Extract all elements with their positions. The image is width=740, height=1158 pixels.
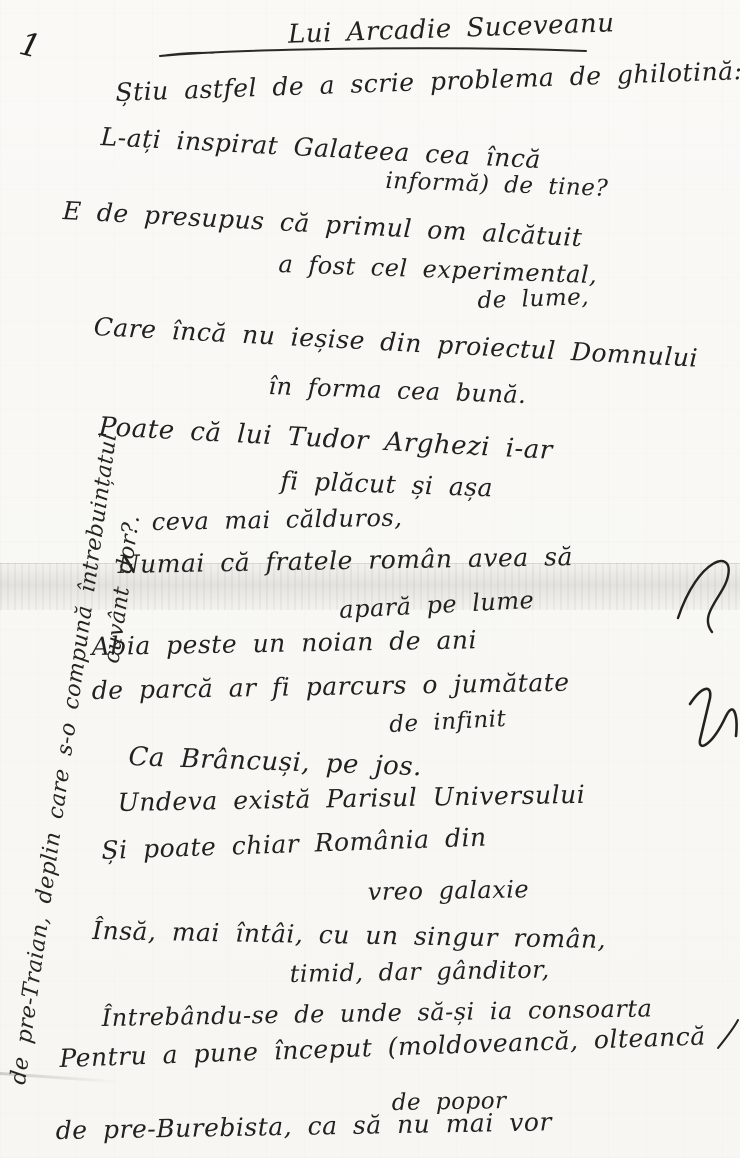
poem-line: Ca Brâncuși, pe jos.: [128, 742, 422, 782]
poem-line: de infinit: [389, 706, 507, 738]
poem-line: timid, dar gânditor,: [290, 955, 550, 988]
poem-line: fi plăcut și așa: [280, 466, 493, 502]
right-edge-ink-stroke: [686, 676, 740, 768]
poem-line: L-ați inspirat Galateea cea încă: [100, 122, 542, 174]
poem-line: de pre-Burebista, ca să nu mai vor: [55, 1107, 552, 1145]
poem-line: Numai că fratele român avea să: [117, 542, 573, 579]
manuscript-scan-page: 1 Lui Arcadie Suceveanu Știu astfel de a…: [0, 0, 740, 1158]
poem-line: Și poate chiar România din: [101, 823, 487, 865]
poem-line: Poate că lui Tudor Arghezi i-ar: [98, 412, 553, 466]
right-edge-ink-flourish: [668, 548, 740, 634]
poem-line: Care încă nu ieșise din proiectul Domnul…: [93, 312, 699, 373]
poem-line: a fost cel experimental,: [278, 250, 598, 289]
right-edge-ink-tail: [716, 1018, 740, 1058]
title-underline-flourish: [158, 44, 588, 62]
poem-line: Însă, mai întâi, cu un singur român,: [92, 916, 606, 954]
poem-line: Știu astfel de a scrie problema de ghilo…: [115, 56, 740, 107]
poem-line: E de presupus că primul om alcătuit: [62, 196, 583, 252]
poem-line: vreo galaxie: [368, 875, 530, 906]
poem-line: Undeva există Parisul Universului: [117, 780, 585, 817]
poem-line: apară pe lume: [339, 586, 535, 624]
poem-line: Abia peste un noian de ani: [91, 625, 477, 661]
page-number: 1: [16, 24, 45, 66]
poem-line: informă) de tine?: [385, 168, 609, 202]
poem-line: de parcă ar fi parcurs o jumătate: [91, 668, 569, 705]
poem-line: de lume,: [477, 284, 589, 314]
poem-line: ceva mai călduros,: [152, 504, 403, 536]
poem-line: în forma cea bună.: [268, 372, 527, 409]
